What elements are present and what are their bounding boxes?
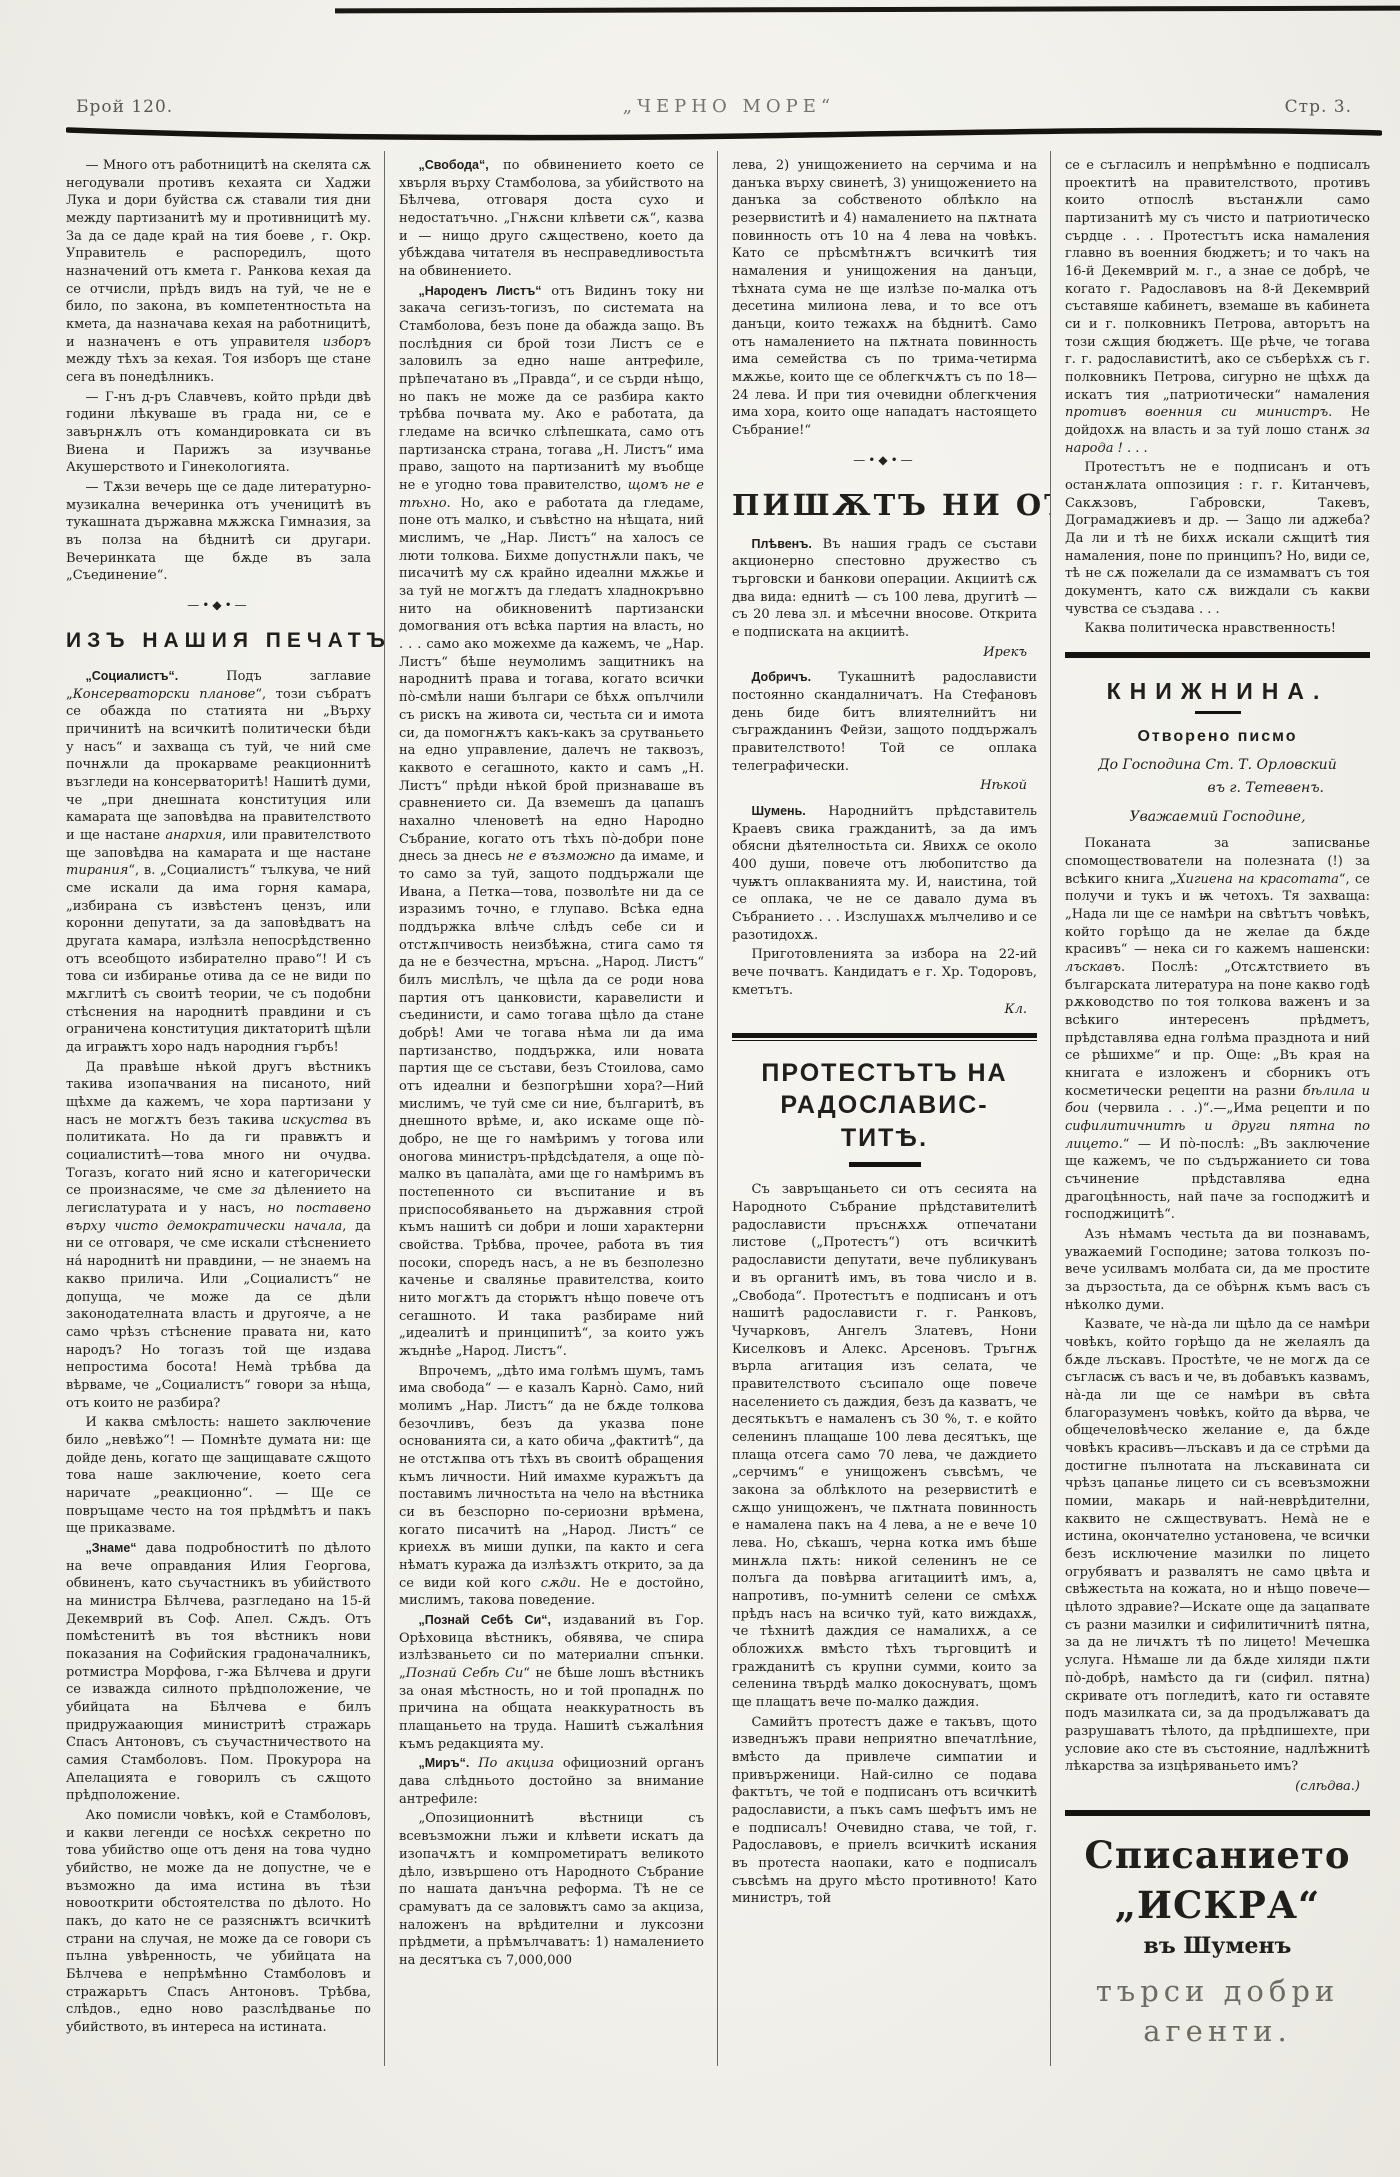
paragraph: Съ завръщаньето си отъ сесията на Народн… bbox=[732, 1181, 1037, 1711]
paragraph: „Познай Себѣ Си“, издаваний въ Гор. Орѣх… bbox=[399, 1612, 704, 1753]
paragraph: — Г-нъ д-ръ Славчевъ, който прѣди двѣ го… bbox=[66, 389, 371, 477]
letter-salutation: Уважаемий Господине, bbox=[1065, 808, 1370, 827]
ornament-divider: —•◆•— bbox=[732, 452, 1037, 468]
correspondent-signature: (слѣдва.) bbox=[1065, 1778, 1370, 1796]
paragraph: Приготовленията за избора на 22-ий вече … bbox=[732, 946, 1037, 999]
paragraph: „Знаме“ дава подробноститѣ по дѣлото на … bbox=[66, 1540, 371, 1805]
paragraph: „Социалистъ“. Подъ заглавие „Консерватор… bbox=[66, 668, 371, 1057]
paragraph: „Народенъ Листъ“ отъ Видинъ току ни зака… bbox=[399, 283, 704, 1361]
paragraph-lead: „Миръ“. bbox=[419, 1756, 470, 1770]
paragraph: Плѣвенъ. Въ нашия градъ се състави акцио… bbox=[732, 536, 1037, 642]
paragraph: Самийтъ протестъ даже е такъвъ, щото изв… bbox=[732, 1714, 1037, 1908]
paragraph-lead: „Свобода“, bbox=[419, 158, 489, 172]
newspaper-column-3: лева, 2) унищожението на серчима и на да… bbox=[732, 151, 1051, 2066]
column-container: — Много отъ работницитѣ на скелята сѫ не… bbox=[66, 151, 1386, 2066]
newspaper-column-2: „Свобода“, по обвинението което се хвърл… bbox=[399, 151, 718, 2066]
section-heading: ПИШѪТЪ НИ ОТЪ bbox=[732, 486, 1037, 525]
paragraph-lead: Плѣвенъ. bbox=[752, 537, 812, 551]
ornament-divider: —•◆•— bbox=[66, 597, 371, 613]
paragraph: „Свобода“, по обвинението което се хвърл… bbox=[399, 157, 704, 281]
heading-dash bbox=[849, 1162, 921, 1167]
paragraph: Азъ нѣмамъ честьта да ви познавамъ, уваж… bbox=[1065, 1226, 1370, 1314]
page-number: Стр. 3. bbox=[1285, 97, 1352, 117]
paragraph: Впрочемъ, „дѣто има голѣмъ шумъ, тамъ им… bbox=[399, 1363, 704, 1610]
ad-subtitle: въ Шуменъ bbox=[1065, 1932, 1370, 1962]
paragraph: Добричъ. Тукашнитѣ радослависти постоянн… bbox=[732, 669, 1037, 775]
newspaper-title: „ЧЕРНО МОРЕ“ bbox=[623, 96, 835, 117]
newspaper-column-1: — Много отъ работницитѣ на скелята сѫ не… bbox=[66, 151, 385, 2066]
masthead: Брой 120. „ЧЕРНО МОРЕ“ Стр. 3. bbox=[66, 0, 1386, 123]
section-heading: ИЗЪ НАШИЯ ПЕЧАТЪ. bbox=[66, 627, 371, 656]
paragraph: Казвате, че нà-да ли щѣло да се намѣри ч… bbox=[1065, 1316, 1370, 1775]
paragraph: — Тѫзи вечерь ще се даде литературно-муз… bbox=[66, 479, 371, 585]
paragraph-lead: „Знаме“ bbox=[86, 1541, 137, 1555]
letter-address: До Господина Ст. Т. Орловскийвъ г. Тетев… bbox=[1065, 756, 1370, 798]
paragraph: Поканата за записванье спомоществователи… bbox=[1065, 835, 1370, 1224]
paragraph: „Опозиционнитѣ вѣстници съ всевъзможни л… bbox=[399, 1810, 704, 1969]
newspaper-page: Брой 120. „ЧЕРНО МОРЕ“ Стр. 3. — Много о… bbox=[0, 0, 1400, 2177]
issue-number: Брой 120. bbox=[76, 97, 173, 117]
paragraph-lead: „Народенъ Листъ“ bbox=[419, 284, 542, 298]
correspondent-signature: Нѣкой bbox=[732, 777, 1037, 795]
paragraph: Да правѣше нѣкой другъ вѣстникъ такива и… bbox=[66, 1059, 371, 1412]
paragraph: И каква смѣлость: нашето заключение било… bbox=[66, 1414, 371, 1538]
paragraph: „Миръ“. По акциза официозний органъ дава… bbox=[399, 1755, 704, 1808]
correspondent-signature: Кл. bbox=[732, 1001, 1037, 1019]
address-line: въ г. Тетевенъ. bbox=[1065, 779, 1370, 798]
paragraph: Каква политическа нравственность! bbox=[1065, 620, 1370, 638]
advertisement-iskra: Списанието „ИСКРА“въ Шуменътърси добри а… bbox=[1065, 1830, 1370, 2051]
paragraph: — Много отъ работницитѣ на скелята сѫ не… bbox=[66, 157, 371, 387]
horizontal-rule bbox=[1065, 1810, 1370, 1816]
horizontal-rule bbox=[1065, 652, 1370, 658]
ad-text: търси добри агенти. bbox=[1065, 1972, 1370, 2051]
newspaper-column-4: се е съгласилъ и непрѣмѣнно е подписалъ … bbox=[1065, 151, 1370, 2066]
paragraph: Ако помисли човѣкъ, кой е Стамболовъ, и … bbox=[66, 1807, 371, 2037]
paragraph: Шумень. Народнийтъ прѣдставитель Краевъ … bbox=[732, 803, 1037, 944]
section-heading: Отворено писмо bbox=[1065, 726, 1370, 748]
horizontal-rule bbox=[732, 1033, 1037, 1041]
heading-underline bbox=[1195, 711, 1241, 714]
paragraph-lead: „Познай Себѣ Си“, bbox=[419, 1613, 552, 1627]
section-heading: КНИЖНИНА. bbox=[1065, 676, 1370, 707]
section-heading: ПРОТЕСТЪТЪ НА РАДОСЛАВИС- ТИТѢ. bbox=[732, 1057, 1037, 1155]
paragraph-lead: Шумень. bbox=[752, 804, 806, 818]
paragraph-lead: Добричъ. bbox=[752, 670, 812, 684]
paragraph-lead: „Социалистъ“. bbox=[86, 669, 179, 683]
address-line: До Господина Ст. Т. Орловский bbox=[1065, 756, 1370, 775]
ad-title: Списанието „ИСКРА“ bbox=[1065, 1830, 1370, 1931]
paragraph: Протестътъ не е подписанъ и отъ останѫла… bbox=[1065, 459, 1370, 618]
masthead-rule bbox=[66, 125, 1382, 141]
paragraph: се е съгласилъ и непрѣмѣнно е подписалъ … bbox=[1065, 157, 1370, 457]
paragraph: лева, 2) унищожението на серчима и на да… bbox=[732, 157, 1037, 440]
correspondent-signature: Ирекъ bbox=[732, 644, 1037, 662]
